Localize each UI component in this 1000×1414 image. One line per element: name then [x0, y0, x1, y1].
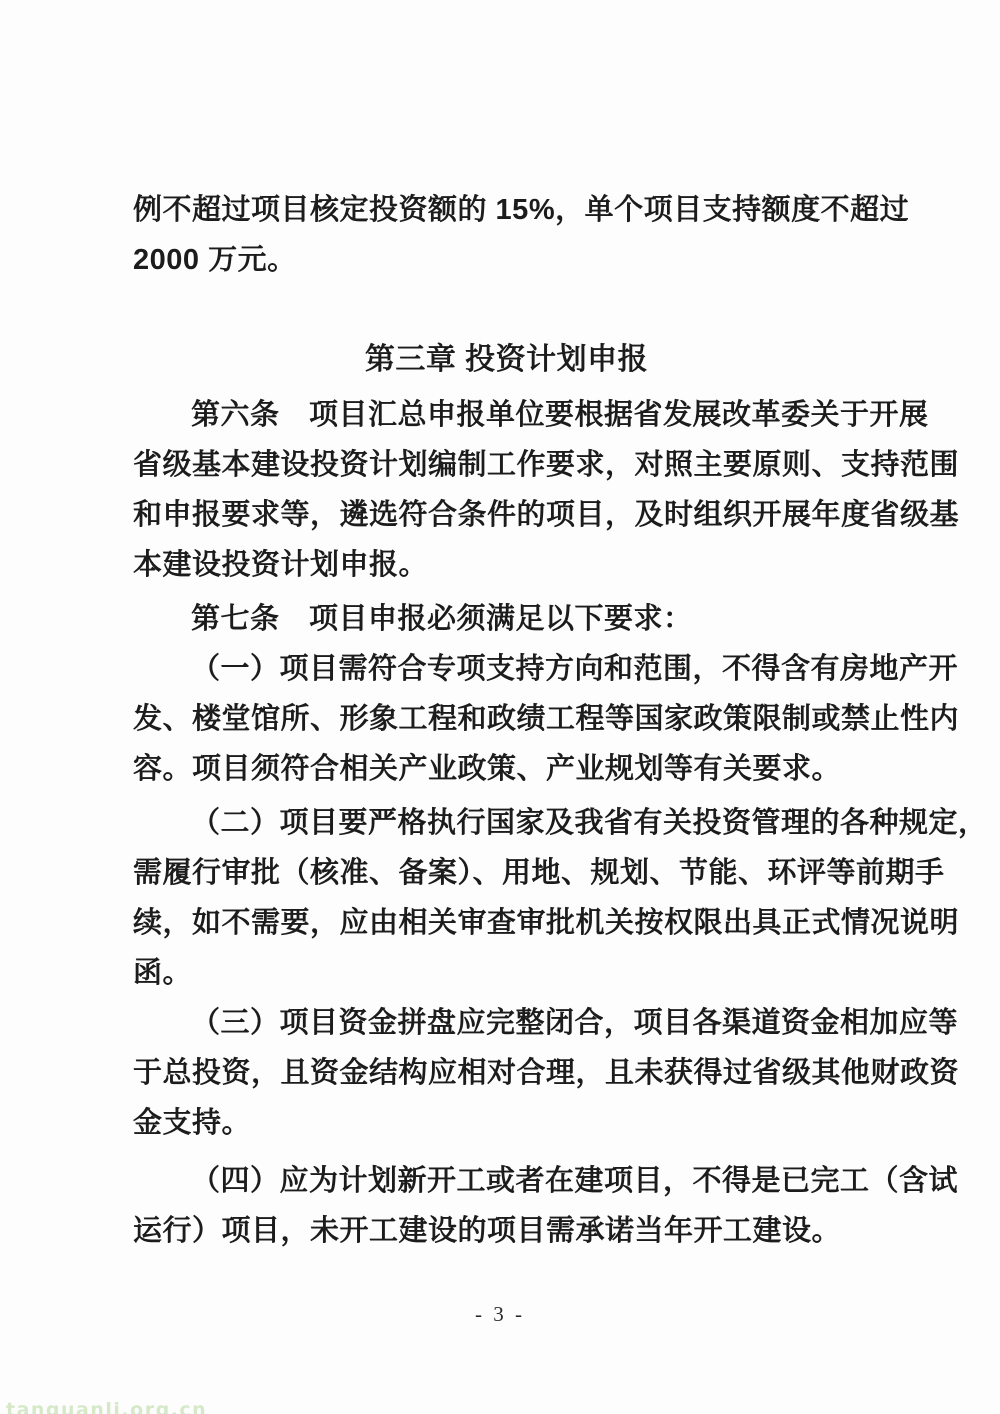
page-number: - 3 - [0, 1302, 1000, 1327]
watermark: tanguanli.org.cn [6, 1399, 207, 1414]
body-line: 例不超过项目核定投资额的 15%，单个项目支持额度不超过 [133, 185, 880, 235]
paragraph-article-6: 第六条 项目汇总申报单位要根据省发展改革委关于开展 省级基本建设投资计划编制工作… [133, 390, 880, 590]
body-line: 发、楼堂馆所、形象工程和政绩工程等国家政策限制或禁止性内 [133, 694, 880, 744]
body-line: 于总投资，且资金结构应相对合理，且未获得过省级其他财政资 [133, 1048, 880, 1098]
body-line: 运行）项目，未开工建设的项目需承诺当年开工建设。 [133, 1206, 880, 1256]
body-line: 容。项目须符合相关产业政策、产业规划等有关要求。 [133, 744, 880, 794]
body-line: 和申报要求等，遴选符合条件的项目，及时组织开展年度省级基 [133, 490, 880, 540]
paragraph-item-2: （二）项目要严格执行国家及我省有关投资管理的各种规定， 需履行审批（核准、备案）… [133, 798, 880, 998]
paragraph-item-1: （一）项目需符合专项支持方向和范围，不得含有房地产开 发、楼堂馆所、形象工程和政… [133, 644, 880, 794]
body-line: 续，如不需要，应由相关审查审批机关按权限出具正式情况说明 [133, 898, 880, 948]
body-line: 第六条 项目汇总申报单位要根据省发展改革委关于开展 [133, 390, 880, 440]
body-line: （一）项目需符合专项支持方向和范围，不得含有房地产开 [133, 644, 880, 694]
body-line: 本建设投资计划申报。 [133, 540, 880, 590]
chapter-heading: 第三章 投资计划申报 [133, 335, 880, 385]
paragraph-article-7: 第七条 项目申报必须满足以下要求： [133, 594, 880, 644]
body-line: 第七条 项目申报必须满足以下要求： [133, 594, 880, 644]
body-line: （三）项目资金拼盘应完整闭合，项目各渠道资金相加应等 [133, 998, 880, 1048]
body-line: 2000 万元。 [133, 235, 880, 285]
paragraph-intro: 例不超过项目核定投资额的 15%，单个项目支持额度不超过 2000 万元。 [133, 185, 880, 285]
body-line: 金支持。 [133, 1098, 880, 1148]
body-line: 函。 [133, 948, 880, 998]
paragraph-item-3: （三）项目资金拼盘应完整闭合，项目各渠道资金相加应等 于总投资，且资金结构应相对… [133, 998, 880, 1148]
paragraph-item-4: （四）应为计划新开工或者在建项目，不得是已完工（含试 运行）项目，未开工建设的项… [133, 1156, 880, 1256]
document-body: 例不超过项目核定投资额的 15%，单个项目支持额度不超过 2000 万元。 第三… [133, 185, 880, 1256]
body-line: 省级基本建设投资计划编制工作要求，对照主要原则、支持范围 [133, 440, 880, 490]
body-line: 需履行审批（核准、备案）、用地、规划、节能、环评等前期手 [133, 848, 880, 898]
document-page: 例不超过项目核定投资额的 15%，单个项目支持额度不超过 2000 万元。 第三… [0, 0, 1000, 1414]
body-line: （四）应为计划新开工或者在建项目，不得是已完工（含试 [133, 1156, 880, 1206]
body-line: （二）项目要严格执行国家及我省有关投资管理的各种规定， [133, 798, 880, 848]
